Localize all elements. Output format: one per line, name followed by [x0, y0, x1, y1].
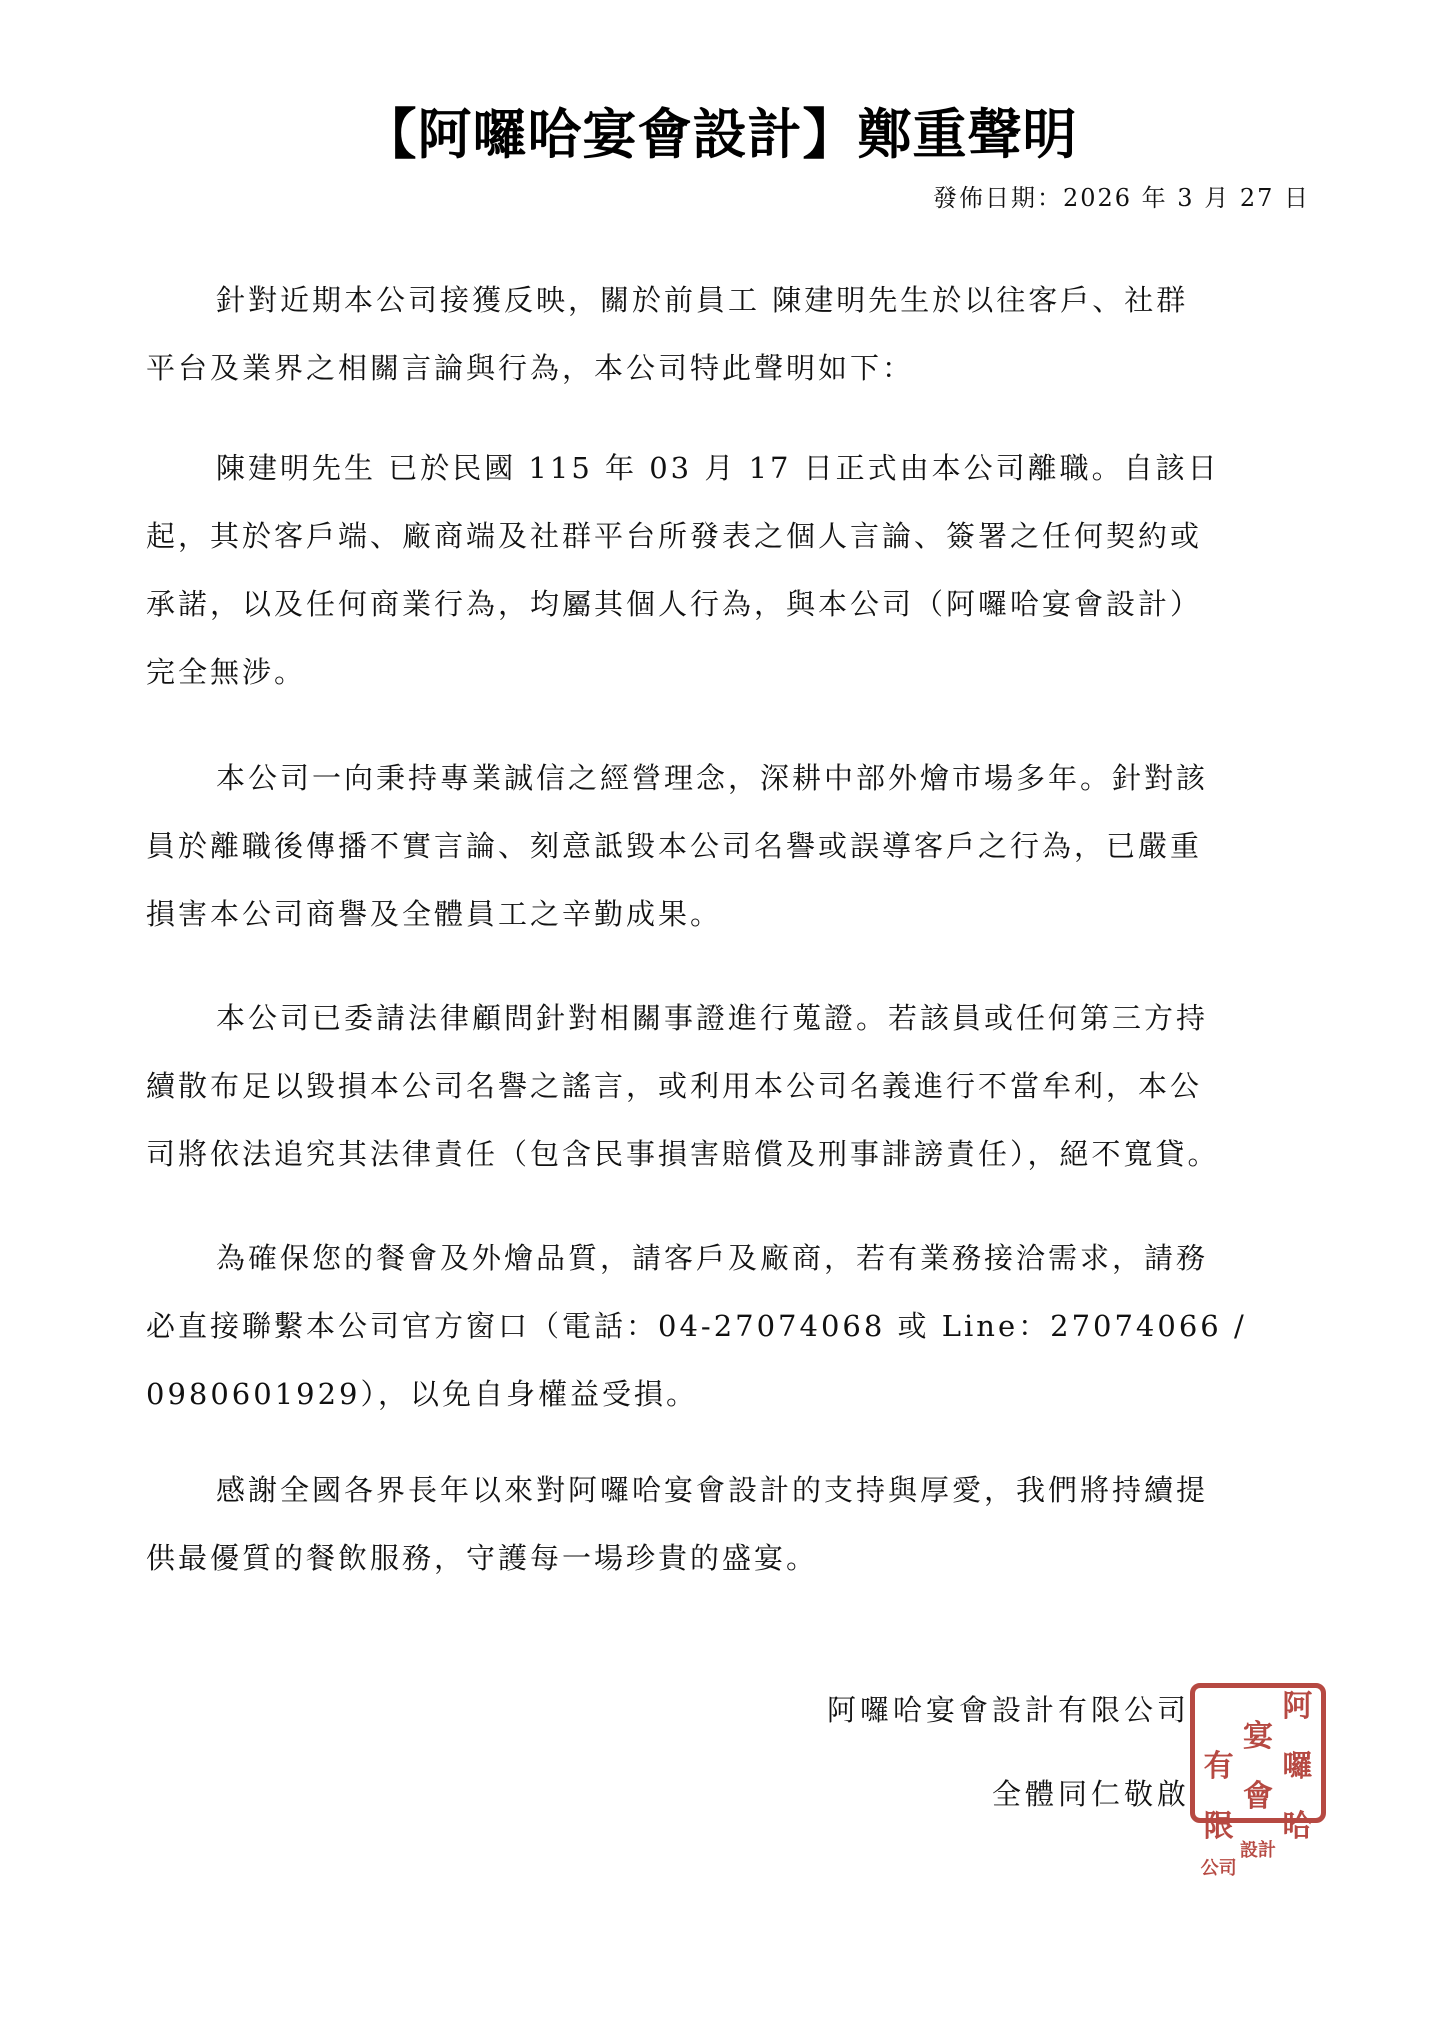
- seal-char: 會: [1238, 1782, 1277, 1812]
- paragraph-line: 損害本公司商譽及全體員工之辛勤成果。: [146, 880, 1266, 948]
- paragraph-line: 供最優質的餐飲服務，守護每一場珍貴的盛宴。: [146, 1524, 1266, 1592]
- seal-char: 有: [1199, 1752, 1238, 1782]
- paragraph-line: 本公司已委請法律顧問針對相關事證進行蒐證。若該員或任何第三方持: [146, 984, 1266, 1052]
- seal-char: 阿: [1278, 1692, 1317, 1722]
- paragraph-reputation: 本公司一向秉持專業誠信之經營理念，深耕中部外燴市場多年。針對該 員於離職後傳播不…: [146, 744, 1266, 948]
- paragraph-contact: 為確保您的餐會及外燴品質，請客戶及廠商，若有業務接洽需求，請務 必直接聯繫本公司…: [146, 1224, 1266, 1428]
- paragraph-line: 承諾，以及任何商業行為，均屬其個人行為，與本公司（阿囉哈宴會設計）: [146, 570, 1266, 638]
- publish-date: 發佈日期：2026 年 3 月 27 日: [933, 178, 1310, 213]
- paragraph-intro: 針對近期本公司接獲反映，關於前員工 陳建明先生於以往客戶、社群 平台及業界之相關…: [146, 266, 1266, 402]
- paragraph-thanks: 感謝全國各界長年以來對阿囉哈宴會設計的支持與厚愛，我們將持續提 供最優質的餐飲服…: [146, 1456, 1266, 1592]
- paragraph-line: 針對近期本公司接獲反映，關於前員工 陳建明先生於以往客戶、社群: [146, 266, 1266, 334]
- paragraph-line: 必直接聯繫本公司官方窗口（電話：04-27074068 或 Line：27074…: [146, 1292, 1266, 1360]
- seal-char: 囉: [1278, 1752, 1317, 1782]
- paragraph-line: 平台及業界之相關言論與行為，本公司特此聲明如下：: [146, 334, 1266, 402]
- paragraph-line: 員於離職後傳播不實言論、刻意詆毀本公司名譽或誤導客戶之行為，已嚴重: [146, 812, 1266, 880]
- document-title: 【阿囉哈宴會設計】鄭重聲明: [0, 92, 1440, 169]
- seal-char: 公司: [1199, 1860, 1238, 1878]
- paragraph-line: 為確保您的餐會及外燴品質，請客戶及廠商，若有業務接洽需求，請務: [146, 1224, 1266, 1292]
- paragraph-line: 陳建明先生 已於民國 115 年 03 月 17 日正式由本公司離職。自該日: [146, 434, 1266, 502]
- paragraph-line: 0980601929），以免自身權益受損。: [146, 1360, 1266, 1428]
- seal-char: 設計: [1238, 1842, 1277, 1860]
- signature-company: 阿囉哈宴會設計有限公司: [827, 1688, 1190, 1729]
- seal-char: 哈: [1278, 1812, 1317, 1842]
- seal-char: 宴: [1238, 1722, 1277, 1752]
- paragraph-line: 感謝全國各界長年以來對阿囉哈宴會設計的支持與厚愛，我們將持續提: [146, 1456, 1266, 1524]
- paragraph-line: 續散布足以毀損本公司名譽之謠言，或利用本公司名義進行不當牟利，本公: [146, 1052, 1266, 1120]
- signature-staff: 全體同仁敬啟: [992, 1772, 1190, 1813]
- seal-char: 限: [1199, 1812, 1238, 1842]
- company-seal-stamp: 阿 宴 有 囉 會 限 哈 設計 公司: [1190, 1683, 1326, 1823]
- paragraph-line: 本公司一向秉持專業誠信之經營理念，深耕中部外燴市場多年。針對該: [146, 744, 1266, 812]
- paragraph-legal: 本公司已委請法律顧問針對相關事證進行蒐證。若該員或任何第三方持 續散布足以毀損本…: [146, 984, 1266, 1188]
- paragraph-resignation: 陳建明先生 已於民國 115 年 03 月 17 日正式由本公司離職。自該日 起…: [146, 434, 1266, 706]
- paragraph-line: 司將依法追究其法律責任（包含民事損害賠償及刑事誹謗責任），絕不寬貸。: [146, 1120, 1266, 1188]
- paragraph-line: 完全無涉。: [146, 638, 1266, 706]
- paragraph-line: 起，其於客戶端、廠商端及社群平台所發表之個人言論、簽署之任何契約或: [146, 502, 1266, 570]
